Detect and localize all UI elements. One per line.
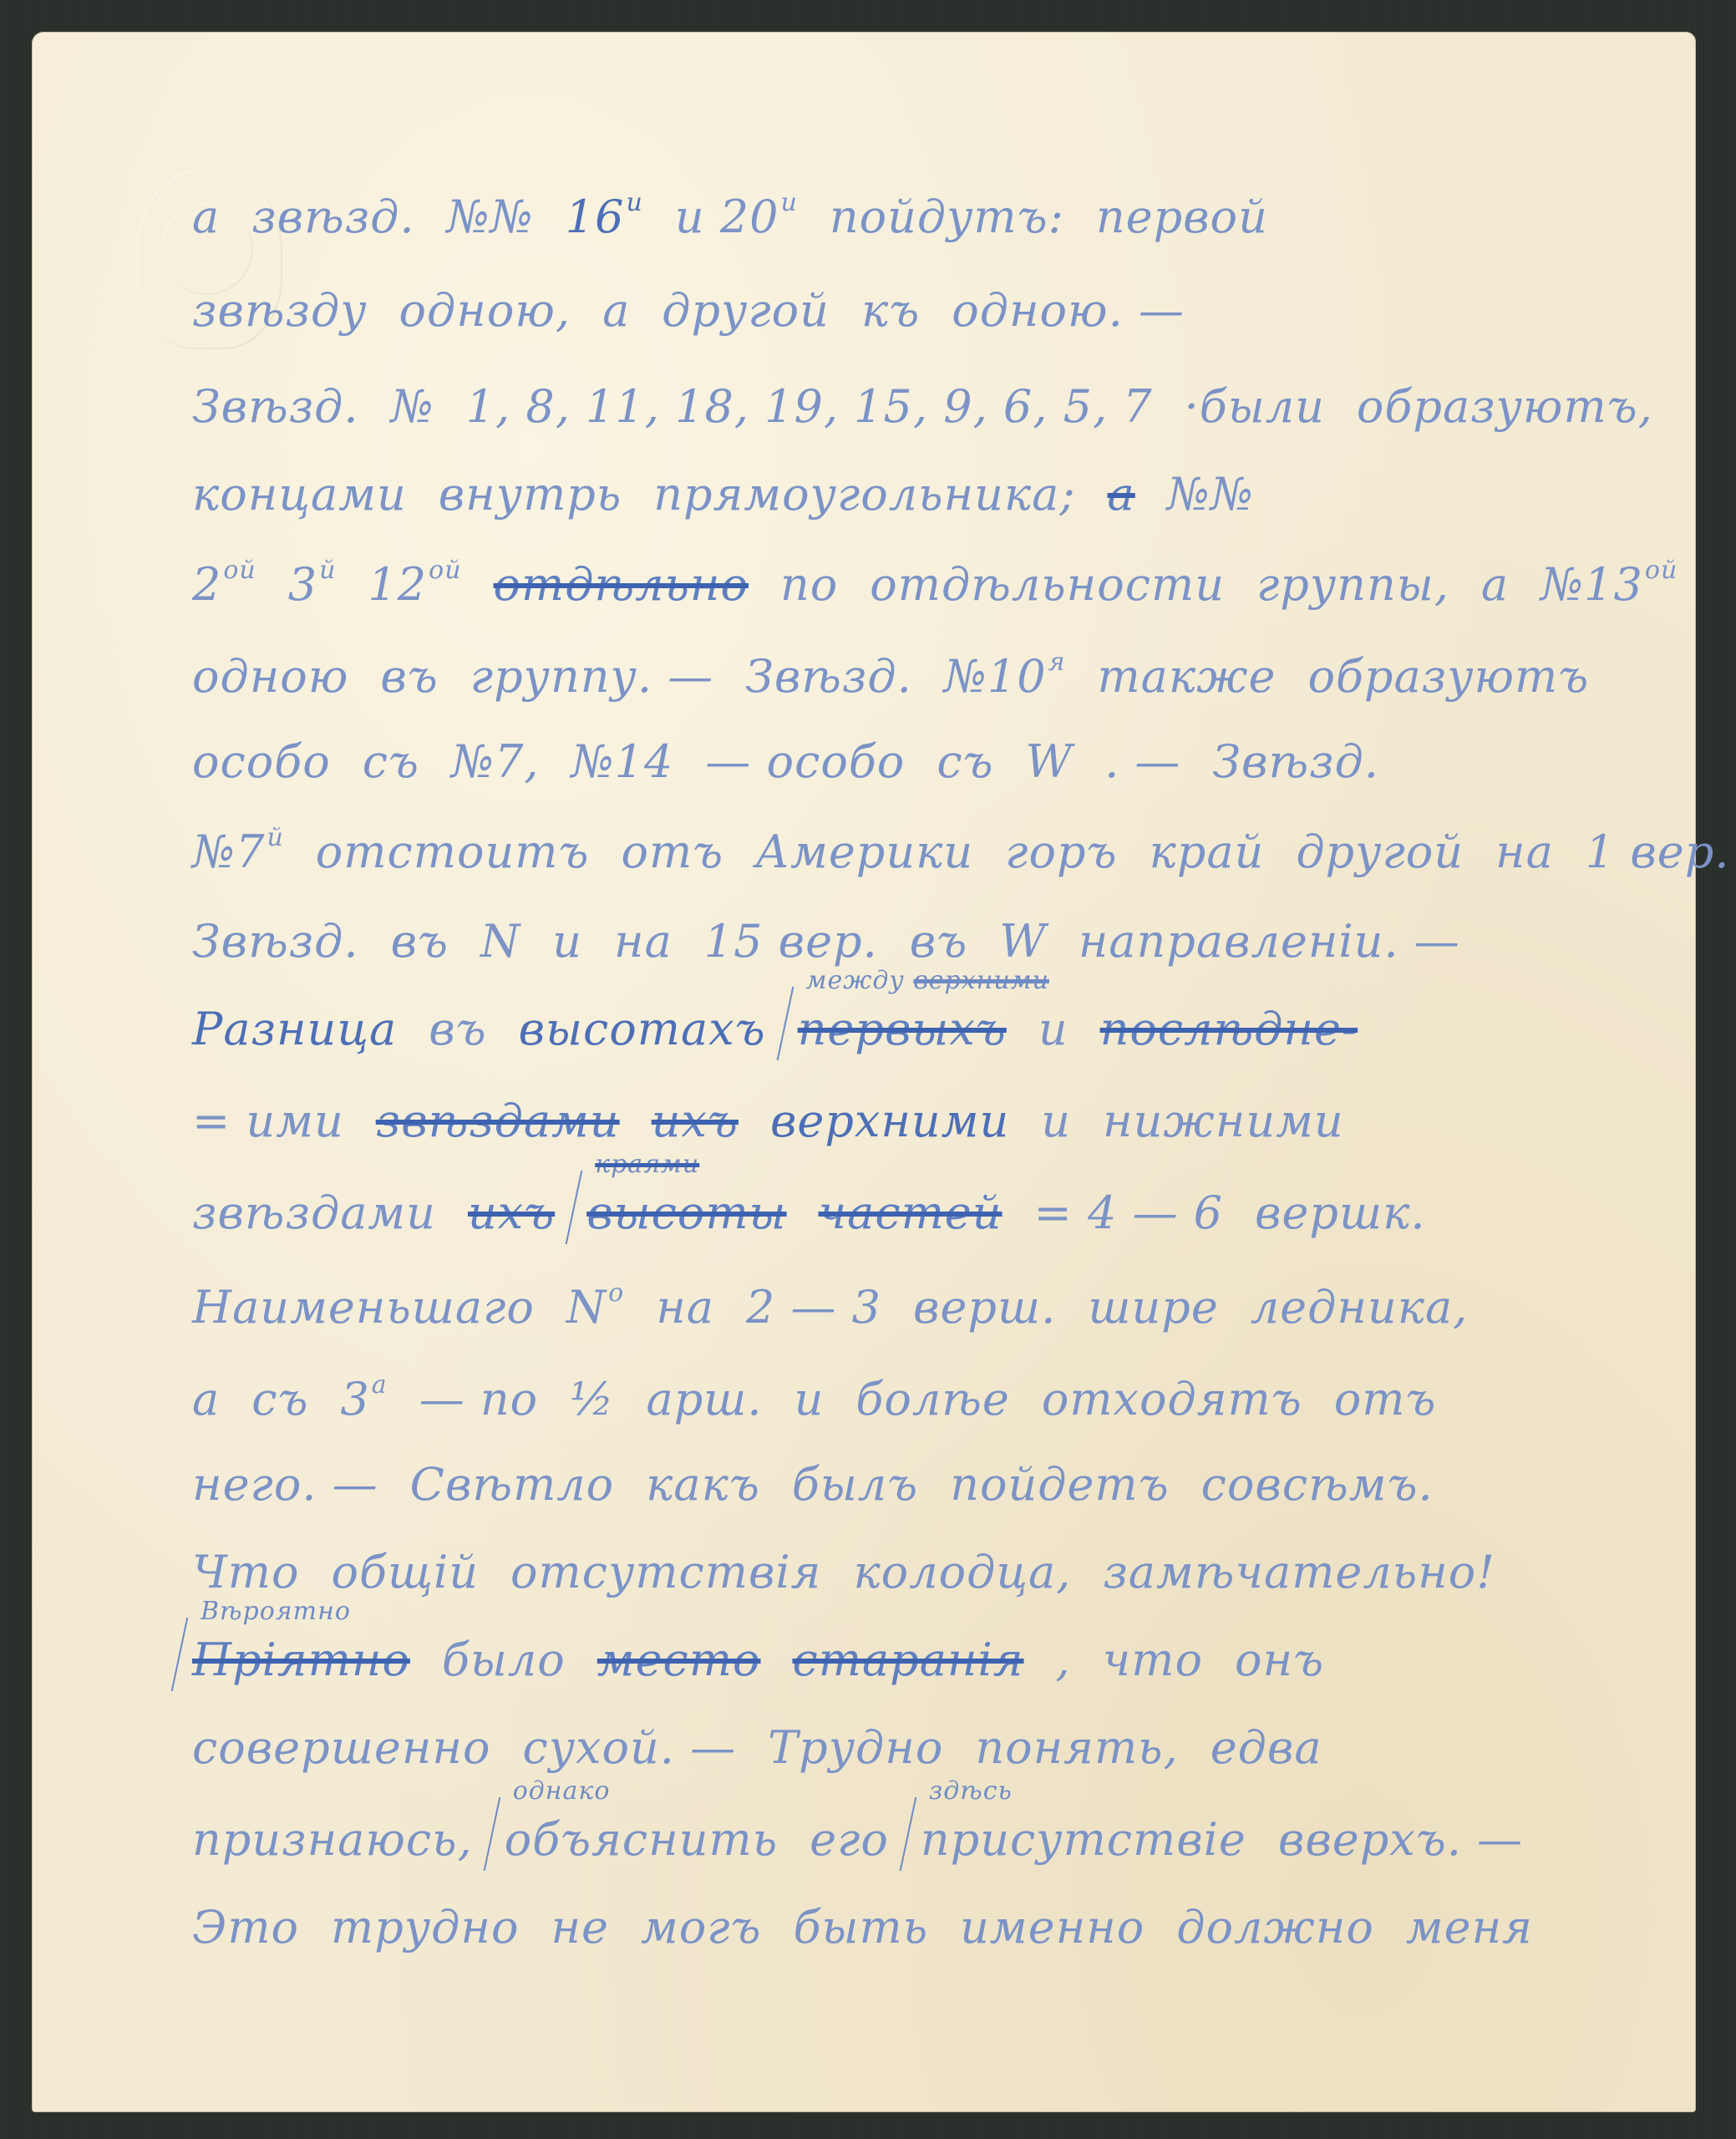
word-text: и 20 bbox=[675, 191, 779, 243]
word-text: замѣчательно! bbox=[1103, 1546, 1495, 1598]
superscript-ending: и bbox=[780, 188, 797, 217]
word: арш. bbox=[647, 1373, 763, 1425]
interlinear-insertion-struck: верхними bbox=[913, 966, 1049, 995]
word: понять, bbox=[975, 1721, 1178, 1774]
word: и 20и bbox=[675, 188, 798, 243]
manuscript-line: звѣздамиихъвысотыкраямичастей= 4 — 6верш… bbox=[192, 1186, 1662, 1278]
word: группу. — bbox=[470, 650, 713, 703]
word: присутствіездѣсь bbox=[921, 1813, 1246, 1866]
word: совсѣмъ. bbox=[1201, 1458, 1434, 1511]
word: общій bbox=[331, 1546, 479, 1598]
word-text: отдѣльно bbox=[494, 558, 749, 611]
manuscript-line: концамивнутрьпрямоугольника;а№№ bbox=[192, 468, 1662, 560]
word: 3й bbox=[288, 556, 337, 611]
word: трудно bbox=[331, 1901, 519, 1954]
word-text: №№ bbox=[1167, 468, 1254, 521]
word-text: звѣзд. bbox=[251, 191, 414, 243]
word-text: Звѣзд. bbox=[192, 915, 359, 968]
word-text: также bbox=[1097, 650, 1276, 703]
word-text: Америки bbox=[755, 826, 973, 878]
word: едва bbox=[1211, 1721, 1322, 1774]
word: Трудно bbox=[768, 1721, 943, 1774]
word-text: №№ bbox=[447, 191, 534, 243]
word: = 4 — 6 bbox=[1034, 1186, 1223, 1239]
word-text: концами bbox=[192, 468, 407, 521]
word-text: отходятъ bbox=[1042, 1373, 1302, 1425]
word-text: высоты bbox=[586, 1186, 786, 1239]
word: съ bbox=[937, 735, 993, 788]
word-text: группы, bbox=[1256, 558, 1449, 611]
struck-word: высотыкраями bbox=[586, 1186, 786, 1239]
word-text: W bbox=[1026, 735, 1074, 788]
word: №14 bbox=[571, 735, 674, 788]
word-text: Звѣзд. bbox=[1212, 735, 1379, 788]
word: объяснитьоднако bbox=[505, 1813, 778, 1866]
word: край bbox=[1150, 826, 1265, 878]
word-text: присутствіе bbox=[921, 1813, 1246, 1866]
word: особо bbox=[192, 735, 331, 788]
word-text: на bbox=[656, 1281, 714, 1334]
word-text: 3 bbox=[340, 1373, 369, 1425]
word-text: отъ bbox=[621, 826, 723, 878]
word-text: частей bbox=[819, 1186, 1003, 1239]
word: одною, bbox=[399, 284, 571, 337]
word: сухой. — bbox=[522, 1721, 736, 1774]
word: отсутствія bbox=[510, 1546, 821, 1598]
superscript-ending: й bbox=[319, 556, 336, 585]
word-text: = 4 — 6 bbox=[1034, 1186, 1223, 1239]
word-text: первыхъ bbox=[798, 1003, 1007, 1055]
word-text: 15 вер. bbox=[704, 915, 878, 968]
word-text: Трудно bbox=[768, 1721, 943, 1774]
word: а bbox=[1481, 558, 1509, 611]
word-text: совсѣмъ. bbox=[1201, 1458, 1434, 1511]
word-text: Свѣтло bbox=[410, 1458, 615, 1511]
word-text: и bbox=[1038, 1003, 1069, 1055]
manuscript-line: одноювъгруппу. —Звѣзд.№10ятакжеобразуютъ bbox=[192, 648, 1662, 739]
word: верхними bbox=[770, 1095, 1009, 1147]
word-text: №10 bbox=[944, 650, 1047, 703]
word: Разница bbox=[192, 1003, 397, 1055]
word: другой bbox=[1296, 826, 1464, 878]
word-text: группу. — bbox=[470, 650, 713, 703]
word-text: было bbox=[442, 1633, 566, 1686]
interlinear-insertion: краями bbox=[595, 1150, 699, 1179]
word: одною. — bbox=[952, 284, 1185, 337]
word-text: особо bbox=[192, 735, 331, 788]
manuscript-line: №7йотстоитъотъАмерикигоръкрайдругойна1 в… bbox=[192, 823, 1662, 915]
word: пойдутъ: bbox=[830, 191, 1064, 243]
struck-word: старанія bbox=[793, 1633, 1024, 1686]
word: 2 — 3 bbox=[746, 1281, 881, 1334]
word-text: а bbox=[192, 191, 220, 243]
word-text: звѣздами bbox=[376, 1095, 620, 1147]
word-text: другой bbox=[1296, 826, 1464, 878]
word: въ bbox=[391, 915, 449, 968]
word-text: верхними bbox=[770, 1095, 1009, 1147]
superscript-ending: ой bbox=[1645, 556, 1678, 585]
word: пойдетъ bbox=[950, 1458, 1169, 1511]
word-text: внутрь bbox=[439, 468, 622, 521]
word: №7й bbox=[192, 823, 284, 878]
word: на bbox=[614, 915, 673, 968]
word-text: а bbox=[192, 1373, 220, 1425]
word-text: арш. bbox=[647, 1373, 763, 1425]
word-text: въ bbox=[391, 915, 449, 968]
word: отходятъ bbox=[1042, 1373, 1302, 1425]
struck-word: частей bbox=[819, 1186, 1003, 1239]
word: Это bbox=[192, 1901, 299, 1954]
word: а bbox=[192, 191, 220, 243]
word-text: ихъ bbox=[652, 1095, 739, 1147]
word-text: шире bbox=[1088, 1281, 1218, 1334]
word-text: горъ bbox=[1005, 826, 1117, 878]
word-text: а bbox=[1481, 558, 1509, 611]
word: отъ bbox=[1334, 1373, 1437, 1425]
word: вершк. bbox=[1255, 1186, 1426, 1239]
word-text: край bbox=[1150, 826, 1265, 878]
word-text: на bbox=[614, 915, 673, 968]
word: ледника, bbox=[1251, 1281, 1469, 1334]
word-text: Что bbox=[192, 1546, 299, 1598]
word-text: а bbox=[1108, 468, 1135, 521]
word: отдѣльности bbox=[870, 558, 1225, 611]
manuscript-line: Звѣзд.№1, 8, 11, 18, 19, 15, 9, 6, 5, 7·… bbox=[192, 380, 1662, 472]
word: №№ bbox=[1167, 468, 1254, 521]
word-text: — по bbox=[419, 1373, 538, 1425]
word: одною bbox=[192, 650, 348, 703]
word: звѣзд. bbox=[251, 191, 414, 243]
struck-word: ихъ bbox=[652, 1095, 739, 1147]
manuscript-line: НаименьшагоNона2 — 3верш.ширеледника, bbox=[192, 1278, 1662, 1370]
word-text: W bbox=[999, 915, 1047, 968]
word-text: съ bbox=[251, 1373, 308, 1425]
word: Наименьшаго bbox=[192, 1281, 535, 1334]
manuscript-line: признаюсь,объяснитьоднакоегоприсутствіез… bbox=[192, 1813, 1662, 1905]
superscript-ending: й bbox=[266, 823, 283, 852]
word-text: ½ bbox=[570, 1373, 614, 1425]
word-text: №14 bbox=[571, 735, 674, 788]
word: въ bbox=[429, 1003, 486, 1055]
word: по bbox=[780, 558, 838, 611]
word-text: и bbox=[552, 915, 582, 968]
word-text: 16 bbox=[566, 191, 625, 243]
word-text: прямоугольника; bbox=[653, 468, 1075, 521]
word: и bbox=[794, 1373, 825, 1425]
word: былъ bbox=[792, 1458, 918, 1511]
word-text: одною bbox=[192, 650, 348, 703]
word: него. — bbox=[192, 1458, 378, 1511]
word-text: другой bbox=[662, 284, 830, 337]
word-text: съ bbox=[363, 735, 419, 788]
word-text: пойдетъ bbox=[950, 1458, 1169, 1511]
word: внутрь bbox=[439, 468, 622, 521]
struck-word: первыхъмежду верхними bbox=[798, 1003, 1007, 1055]
word-text: 3 bbox=[288, 558, 317, 611]
word: 12ой bbox=[368, 556, 461, 611]
word-text: въ bbox=[380, 650, 438, 703]
word: къ bbox=[861, 284, 920, 337]
word-text: одною, bbox=[399, 284, 571, 337]
word-text: признаюсь, bbox=[192, 1813, 473, 1866]
word-text: былъ bbox=[792, 1458, 918, 1511]
word-text: отстоитъ bbox=[316, 826, 590, 878]
word-text: не bbox=[551, 1901, 609, 1954]
word: могъ bbox=[641, 1901, 762, 1954]
word-text: вверхъ. — bbox=[1278, 1813, 1523, 1866]
word-text: старанія bbox=[793, 1633, 1024, 1686]
word: вверхъ. — bbox=[1278, 1813, 1523, 1866]
word: болѣе bbox=[855, 1373, 1009, 1425]
word: Звѣзд. bbox=[192, 915, 359, 968]
word-text: одною. — bbox=[952, 284, 1185, 337]
word: звѣздами bbox=[192, 1186, 436, 1239]
word-text: отсутствія bbox=[510, 1546, 821, 1598]
word-text: высотахъ bbox=[519, 1003, 766, 1055]
word: онъ bbox=[1235, 1633, 1324, 1686]
word-text: объяснить bbox=[505, 1813, 778, 1866]
manuscript-line: особосъ№7,№14— особосъW. —Звѣзд. bbox=[192, 735, 1662, 827]
manuscript-line: совершенносухой. —Труднопонять,едва bbox=[192, 1721, 1662, 1813]
word: отстоитъ bbox=[316, 826, 590, 878]
word-text: на bbox=[1495, 826, 1554, 878]
word-text: послѣдне- bbox=[1100, 1003, 1358, 1055]
word: а bbox=[192, 1373, 220, 1425]
word-text: него. — bbox=[192, 1458, 378, 1511]
struck-word: отдѣльно bbox=[494, 558, 749, 611]
word-text: какъ bbox=[646, 1458, 760, 1511]
word-text: понять, bbox=[975, 1721, 1178, 1774]
word: горъ bbox=[1005, 826, 1117, 878]
word-text: Звѣзд. bbox=[745, 650, 912, 703]
word: W bbox=[999, 915, 1047, 968]
word: . — bbox=[1104, 735, 1180, 788]
struck-word: ПріятноВѣроятно bbox=[192, 1633, 410, 1686]
word: Звѣзд. bbox=[1212, 735, 1379, 788]
manuscript-line: ПріятноВѣроятнобыломестостаранія,чтоонъ bbox=[192, 1633, 1662, 1725]
interlinear-insertion: Вѣроятно bbox=[201, 1597, 351, 1626]
manuscript-line: Разницавъвысотахъпервыхъмежду верхнимиип… bbox=[192, 1003, 1662, 1095]
word: и bbox=[552, 915, 582, 968]
word-text: №13 bbox=[1541, 558, 1643, 611]
word: = ими bbox=[192, 1095, 344, 1147]
word: въ bbox=[910, 915, 967, 968]
word: ·были bbox=[1185, 380, 1325, 433]
interlinear-insertion: здѣсь bbox=[929, 1776, 1013, 1806]
superscript-ending: ой bbox=[223, 556, 256, 585]
word-text: 2 — 3 bbox=[746, 1281, 881, 1334]
word-text: именно bbox=[960, 1901, 1145, 1954]
word: должно bbox=[1176, 1901, 1374, 1954]
word-text: что bbox=[1103, 1633, 1203, 1686]
manuscript-line: Этотруднонемогъбытьименнодолжноменя bbox=[192, 1901, 1662, 1993]
word-text: 12 bbox=[368, 558, 427, 611]
word: шире bbox=[1088, 1281, 1218, 1334]
word-text: пойдутъ: bbox=[830, 191, 1064, 243]
word: высотахъ bbox=[519, 1003, 766, 1055]
word: группы, bbox=[1256, 558, 1449, 611]
word-text: №7, bbox=[451, 735, 540, 788]
word: Что bbox=[192, 1546, 299, 1598]
word: направленіи. — bbox=[1079, 915, 1460, 968]
word-text: , bbox=[1056, 1633, 1071, 1686]
word-text: первой bbox=[1096, 191, 1268, 243]
word-text: онъ bbox=[1235, 1633, 1324, 1686]
word-text: Разница bbox=[192, 1003, 397, 1055]
word: отъ bbox=[621, 826, 723, 878]
word-text: трудно bbox=[331, 1901, 519, 1954]
word: Америки bbox=[755, 826, 973, 878]
word-text: въ bbox=[429, 1003, 486, 1055]
word: признаюсь, bbox=[192, 1813, 473, 1866]
word: его bbox=[810, 1813, 889, 1866]
word-text: должно bbox=[1176, 1901, 1374, 1954]
word-text: N bbox=[566, 1281, 607, 1334]
word: а bbox=[602, 284, 630, 337]
word: какъ bbox=[646, 1458, 760, 1511]
word-text: Звѣзд. bbox=[192, 380, 359, 433]
word-text: быть bbox=[794, 1901, 929, 1954]
struck-word: а bbox=[1108, 468, 1135, 521]
word-text: . — bbox=[1104, 735, 1180, 788]
word-text: вершк. bbox=[1255, 1186, 1426, 1239]
word: также bbox=[1097, 650, 1276, 703]
word-text: направленіи. — bbox=[1079, 915, 1460, 968]
word-text: 2 bbox=[192, 558, 221, 611]
word: въ bbox=[380, 650, 438, 703]
word: и bbox=[1038, 1003, 1069, 1055]
struck-word: место bbox=[597, 1633, 761, 1686]
word: колодца, bbox=[853, 1546, 1071, 1598]
word: не bbox=[551, 1901, 609, 1954]
word-text: образуютъ, bbox=[1357, 380, 1653, 433]
word: 16и bbox=[566, 188, 643, 243]
word: W bbox=[1026, 735, 1074, 788]
manuscript-line: = имизвѣздамиихъверхнимиинижними bbox=[192, 1095, 1662, 1186]
word-text: и bbox=[1041, 1095, 1071, 1147]
word: концами bbox=[192, 468, 407, 521]
word: — по bbox=[419, 1373, 538, 1425]
word-text: ихъ bbox=[468, 1186, 555, 1239]
word: 3а bbox=[340, 1370, 387, 1425]
word: №10я bbox=[944, 648, 1066, 703]
word-text: его bbox=[810, 1813, 889, 1866]
word: что bbox=[1103, 1633, 1203, 1686]
superscript-ending: и bbox=[627, 188, 643, 217]
manuscript-line: звѣздуодною,адругойкъодною. — bbox=[192, 284, 1662, 376]
manuscript-line: азвѣзд.№№16ии 20ипойдутъ:первой bbox=[192, 188, 1662, 280]
word: и bbox=[1041, 1095, 1071, 1147]
word: ½ bbox=[570, 1373, 614, 1425]
word: 1, 8, 11, 18, 19, 15, 9, 6, 5, 7 bbox=[466, 380, 1153, 433]
word: 2ой bbox=[192, 556, 256, 611]
word-text: а bbox=[602, 284, 630, 337]
word-text: къ bbox=[861, 284, 920, 337]
word: на bbox=[656, 1281, 714, 1334]
superscript-ending: а bbox=[372, 1370, 388, 1400]
word: № bbox=[391, 380, 434, 433]
word-text: — особо bbox=[705, 735, 905, 788]
word-text: въ bbox=[910, 915, 967, 968]
word: меня bbox=[1406, 1901, 1533, 1954]
manuscript-line: асъ3а— по½арш.иболѣеотходятъотъ bbox=[192, 1370, 1662, 1462]
word-text: едва bbox=[1211, 1721, 1322, 1774]
word: Звѣзд. bbox=[192, 380, 359, 433]
word: образуютъ, bbox=[1357, 380, 1653, 433]
word-text: общій bbox=[331, 1546, 479, 1598]
word: №13ой bbox=[1541, 556, 1678, 611]
word-text: съ bbox=[937, 735, 993, 788]
word-text: могъ bbox=[641, 1901, 762, 1954]
word-text: отдѣльности bbox=[870, 558, 1225, 611]
word: именно bbox=[960, 1901, 1145, 1954]
word: , bbox=[1056, 1633, 1071, 1686]
word-text: Пріятно bbox=[192, 1633, 410, 1686]
word-text: № bbox=[391, 380, 434, 433]
word-text: совершенно bbox=[192, 1721, 490, 1774]
word-text: болѣе bbox=[855, 1373, 1009, 1425]
superscript-ending: я bbox=[1048, 648, 1066, 677]
word: нижними bbox=[1103, 1095, 1344, 1147]
word-text: нижними bbox=[1103, 1095, 1344, 1147]
word: — особо bbox=[705, 735, 905, 788]
interlinear-insertion: между верхними bbox=[806, 966, 1049, 995]
word-text: Наименьшаго bbox=[192, 1281, 535, 1334]
word: №7, bbox=[451, 735, 540, 788]
word: Nо bbox=[566, 1278, 624, 1334]
word-text: №7 bbox=[192, 826, 265, 878]
word: прямоугольника; bbox=[653, 468, 1075, 521]
struck-word: послѣдне- bbox=[1100, 1003, 1358, 1055]
word-text: звѣзду bbox=[192, 284, 368, 337]
word-text: и bbox=[794, 1373, 825, 1425]
word-text: ·были bbox=[1185, 380, 1325, 433]
word: первой bbox=[1096, 191, 1268, 243]
word-text: отъ bbox=[1334, 1373, 1437, 1425]
word: другой bbox=[662, 284, 830, 337]
word: Свѣтло bbox=[410, 1458, 615, 1511]
word: верш. bbox=[913, 1281, 1056, 1334]
word-text: Это bbox=[192, 1901, 299, 1954]
word-text: меня bbox=[1406, 1901, 1533, 1954]
manuscript-line: него. —Свѣтлокакъбылъпойдетъсовсѣмъ. bbox=[192, 1458, 1662, 1550]
word: съ bbox=[363, 735, 419, 788]
word-text: место bbox=[597, 1633, 761, 1686]
word: №№ bbox=[447, 191, 534, 243]
manuscript-line: Чтообщійотсутствіяколодца,замѣчательно! bbox=[192, 1546, 1662, 1638]
superscript-ending: ой bbox=[429, 556, 461, 585]
struck-word: звѣздами bbox=[376, 1095, 620, 1147]
word: 1 вер. bbox=[1586, 826, 1730, 878]
struck-word: ихъ bbox=[468, 1186, 555, 1239]
word: 15 вер. bbox=[704, 915, 878, 968]
word: было bbox=[442, 1633, 566, 1686]
word: замѣчательно! bbox=[1103, 1546, 1495, 1598]
word-text: N bbox=[480, 915, 520, 968]
word-text: 1, 8, 11, 18, 19, 15, 9, 6, 5, 7 bbox=[466, 380, 1153, 433]
word: N bbox=[480, 915, 520, 968]
word: совершенно bbox=[192, 1721, 490, 1774]
word-text: = ими bbox=[192, 1095, 344, 1147]
manuscript-line: 2ой3й12ойотдѣльнопоотдѣльностигруппы,а№1… bbox=[192, 556, 1662, 648]
interlinear-insertion: однако bbox=[513, 1776, 611, 1806]
word-text: ледника, bbox=[1251, 1281, 1469, 1334]
word: съ bbox=[251, 1373, 308, 1425]
word-text: колодца, bbox=[853, 1546, 1071, 1598]
word: образуютъ bbox=[1307, 650, 1589, 703]
word-text: сухой. — bbox=[522, 1721, 736, 1774]
word: быть bbox=[794, 1901, 929, 1954]
